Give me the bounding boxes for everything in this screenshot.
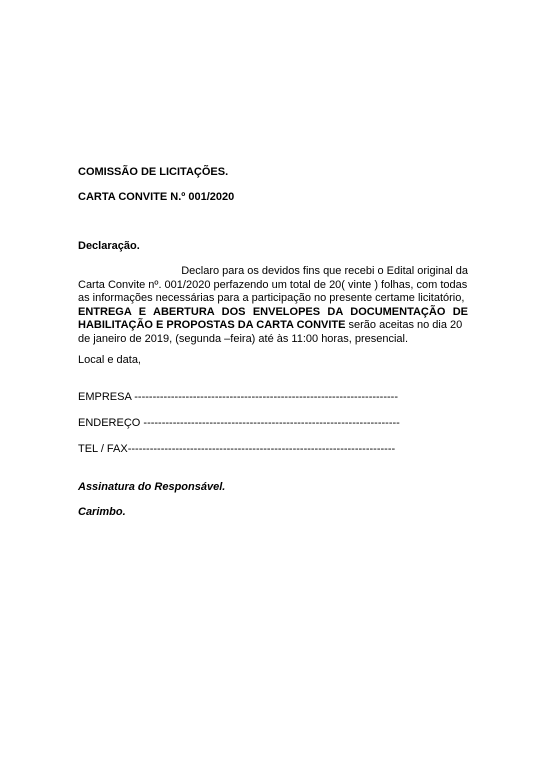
- paragraph-line-5-bold: HABILITAÇÃO E PROPOSTAS DA CARTA CONVITE: [78, 319, 345, 331]
- field-company-fill: ----------------------------------------…: [134, 391, 398, 403]
- paragraph-line-4: ENTREGA E ABERTURA DOS ENVELOPES DA DOCU…: [78, 306, 468, 320]
- paragraph-line-5: HABILITAÇÃO E PROPOSTAS DA CARTA CONVITE…: [78, 319, 468, 333]
- paragraph-line-5-normal: serão aceitas no dia 20: [345, 319, 462, 331]
- document-page: COMISSÃO DE LICITAÇÕES. CARTA CONVITE N.…: [0, 0, 543, 768]
- paragraph-line-3: as informações necessárias para a partic…: [78, 292, 468, 306]
- paragraph-line-2: Carta Convite nº. 001/2020 perfazendo um…: [78, 279, 468, 293]
- field-phone-fax-label: TEL / FAX: [78, 443, 128, 455]
- signature-label: Assinatura do Responsável.: [78, 481, 225, 494]
- paragraph-line-6: de janeiro de 2019, (segunda –feira) até…: [78, 333, 468, 347]
- commission-heading: COMISSÃO DE LICITAÇÕES.: [78, 166, 228, 179]
- field-address-label: ENDEREÇO: [78, 417, 143, 429]
- declaration-paragraph: Declaro para os devidos fins que recebi …: [78, 265, 468, 346]
- field-address: ENDEREÇO -------------------------------…: [78, 417, 400, 430]
- field-company: EMPRESA --------------------------------…: [78, 391, 398, 404]
- stamp-label: Carimbo.: [78, 506, 126, 519]
- field-address-fill: ----------------------------------------…: [143, 417, 399, 429]
- field-company-label: EMPRESA: [78, 391, 134, 403]
- field-phone-fax: TEL / FAX-------------------------------…: [78, 443, 395, 456]
- declaration-title: Declaração.: [78, 240, 140, 253]
- place-and-date: Local e data,: [78, 354, 141, 367]
- field-phone-fax-fill: ----------------------------------------…: [128, 443, 395, 455]
- letter-number-heading: CARTA CONVITE N.º 001/2020: [78, 191, 234, 204]
- paragraph-line-1: Declaro para os devidos fins que recebi …: [78, 265, 468, 279]
